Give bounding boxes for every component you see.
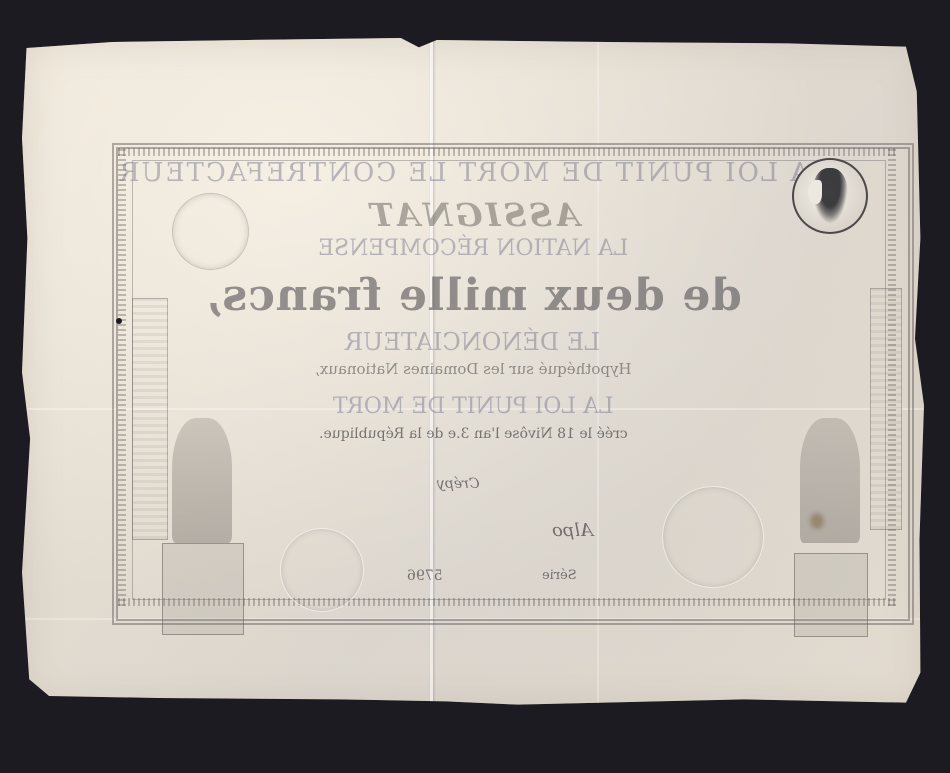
- header-text: LA LOI PUNIT DE MORT LE CONTREFACTEUR: [22, 158, 924, 188]
- denomination-text: de deux mille francs,: [22, 270, 924, 321]
- pedestal-right: [794, 553, 868, 637]
- allegorical-figure-left: [172, 418, 232, 543]
- law-text: LA LOI PUNIT DE MORT: [22, 394, 924, 419]
- portrait-medallion-icon: [792, 158, 868, 234]
- signature-1: Crépy: [437, 476, 480, 492]
- serial-label: Série: [542, 568, 577, 583]
- pedestal-left: [162, 543, 244, 635]
- payable-text: LE DÉNONCIATEUR: [22, 328, 924, 356]
- allegorical-figure-right: [800, 418, 860, 543]
- creation-date-text: créé le 18 Nivôse l'an 3.e de la Républi…: [22, 426, 924, 442]
- title-text: ASSIGNAT: [22, 196, 924, 234]
- assignat-banknote: LA LOI PUNIT DE MORT LE CONTREFACTEUR AS…: [22, 38, 924, 706]
- signature-2: Alpo: [552, 520, 593, 541]
- hypotheque-text: Hypothéqué sur les Domaines Nationaux,: [22, 360, 924, 378]
- decorative-border-top: [118, 148, 896, 156]
- portrait-face: [808, 180, 822, 204]
- foxing-stain: [810, 513, 824, 529]
- serial-number: 5796: [407, 568, 443, 584]
- dry-seal-right: [662, 486, 764, 588]
- dry-seal-left: [280, 528, 364, 612]
- subtitle-text: LA NATION RÉCOMPENSE: [22, 236, 924, 261]
- pinhole: [116, 318, 122, 324]
